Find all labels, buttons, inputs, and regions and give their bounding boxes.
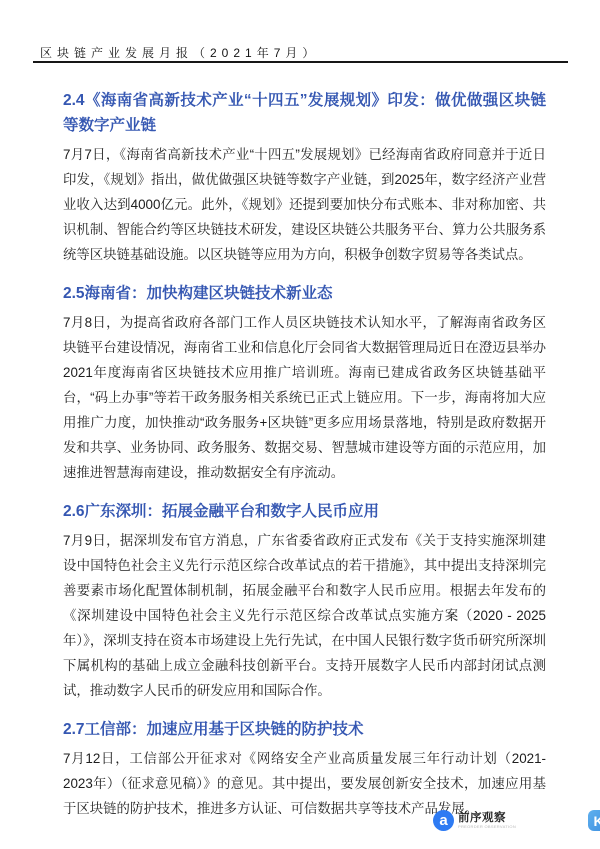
report-header-title: 区块链产业发展月报（2021年7月） [40, 44, 319, 61]
section-2-5-body: 7月8日，为提高省政府各部门工作人员区块链技术认知水平，了解海南省政务区块链平台… [63, 310, 546, 485]
section-2-5-heading: 2.5海南省：加快构建区块链技术新业态 [63, 281, 546, 306]
kejun-logo: K 可均集团 KUEENGROUP [588, 810, 600, 831]
section-2-6-heading: 2.6广东深圳：拓展金融平台和数字人民币应用 [63, 499, 546, 524]
report-content: 2.4《海南省高新技术产业“十四五”发展规划》印发：做优做强区块链等数字产业链 … [63, 88, 546, 835]
section-2-5: 2.5海南省：加快构建区块链技术新业态 7月8日，为提高省政府各部门工作人员区块… [63, 281, 546, 485]
qianxu-logo-icon: a [433, 810, 454, 831]
section-2-7: 2.7工信部：加速应用基于区块链的防护技术 7月12日，工信部公开征求对《网络安… [63, 717, 546, 821]
qianxu-logo-subtext: PREORDER OBSERVATION [458, 825, 516, 828]
document-page: 区块链产业发展月报（2021年7月） 2.4《海南省高新技术产业“十四五”发展规… [0, 0, 600, 849]
section-2-6: 2.6广东深圳：拓展金融平台和数字人民币应用 7月9日，据深圳发布官方消息，广东… [63, 499, 546, 703]
qianxu-logo: a 前序观察 PREORDER OBSERVATION [433, 810, 574, 831]
header-divider [33, 61, 568, 63]
footer-logos: a 前序观察 PREORDER OBSERVATION K 可均集团 KUEEN… [433, 810, 600, 831]
kejun-logo-icon: K [588, 810, 600, 831]
qianxu-logo-name: 前序观察 [458, 812, 574, 825]
section-2-4: 2.4《海南省高新技术产业“十四五”发展规划》印发：做优做强区块链等数字产业链 … [63, 88, 546, 267]
section-2-7-heading: 2.7工信部：加速应用基于区块链的防护技术 [63, 717, 546, 742]
section-2-4-heading: 2.4《海南省高新技术产业“十四五”发展规划》印发：做优做强区块链等数字产业链 [63, 88, 546, 138]
section-2-4-body: 7月7日，《海南省高新技术产业“十四五”发展规划》已经海南省政府同意并于近日印发… [63, 142, 546, 267]
section-2-6-body: 7月9日，据深圳发布官方消息，广东省委省政府正式发布《关于支持实施深圳建设中国特… [63, 528, 546, 703]
